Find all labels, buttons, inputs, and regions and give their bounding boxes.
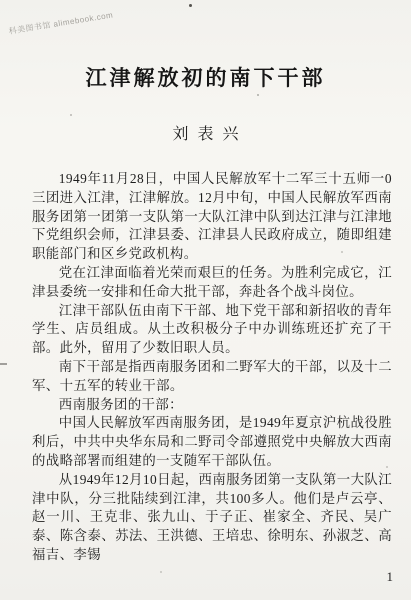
- book-page: 科美图书馆 alimebook.com 江津解放初的南下干部 刘表兴 1949年…: [0, 0, 411, 600]
- paragraph-4: 南下干部是指西南服务团和二野军大的干部，以及十二军、十五军的转业干部。: [32, 358, 392, 396]
- scan-speck: [189, 4, 192, 7]
- paragraph-2: 党在江津面临着光荣而艰巨的任务。为胜利完成它，江津县委统一安排和任命大批干部，奔…: [32, 264, 392, 302]
- scan-speck: [386, 466, 388, 468]
- scan-speck: [341, 251, 343, 253]
- page-number: 1: [0, 569, 411, 585]
- scan-speck: [257, 94, 259, 96]
- scan-speck: [70, 114, 72, 116]
- scan-speck: [160, 571, 162, 573]
- article-body: 1949年11月28日，中国人民解放军十二军三十五师一0三团进入江津，江津解放。…: [32, 170, 392, 565]
- paragraph-6: 中国人民解放军西南服务团，是1949年夏京沪杭战役胜利后，中共中央华东局和二野司…: [32, 414, 392, 470]
- paragraph-5: 西南服务团的干部：: [32, 396, 392, 415]
- paragraph-1: 1949年11月28日，中国人民解放军十二军三十五师一0三团进入江津，江津解放。…: [32, 170, 392, 264]
- article-author: 刘表兴: [0, 121, 411, 144]
- article-title: 江津解放初的南下干部: [0, 0, 411, 92]
- scan-edge-mark: [0, 363, 7, 365]
- paragraph-3: 江津干部队伍由南下干部、地下党干部和新招收的青年学生、店员组成。从土改积极分子中…: [32, 302, 392, 358]
- paragraph-7: 从1949年12月10日起，西南服务团第一支队第一大队江津中队，分三批陆续到江津…: [32, 471, 392, 565]
